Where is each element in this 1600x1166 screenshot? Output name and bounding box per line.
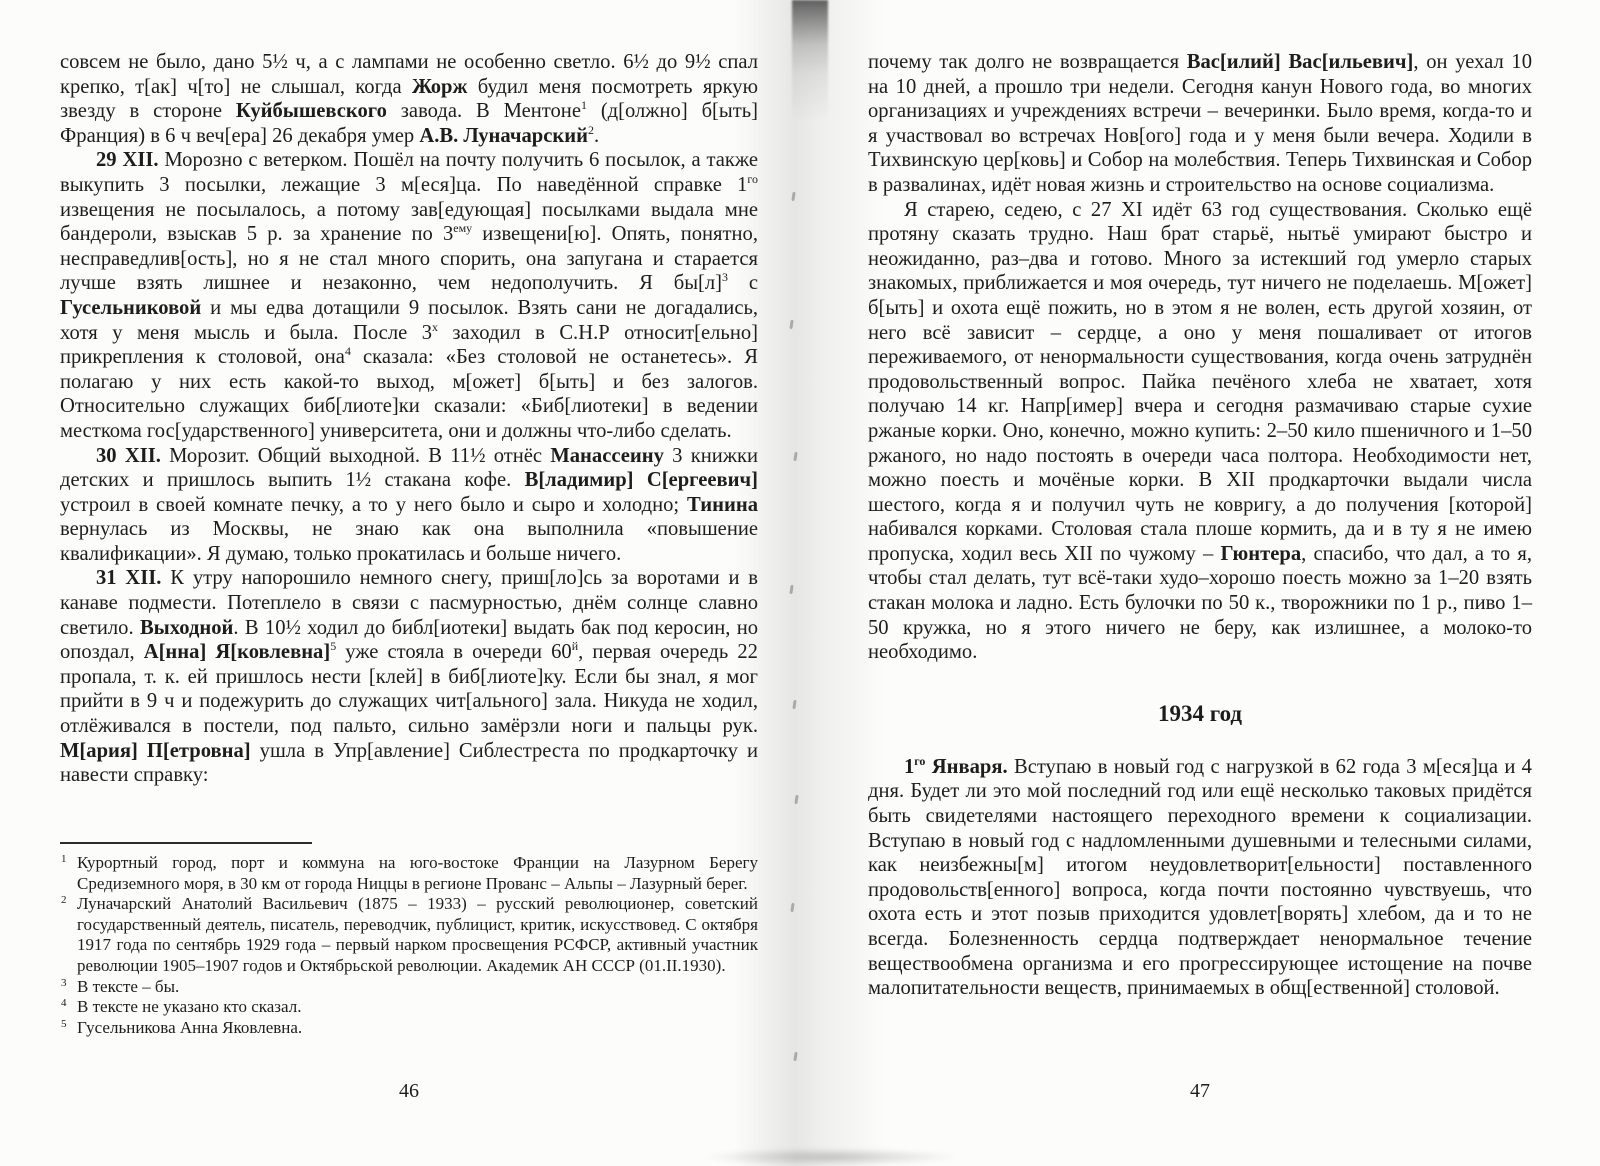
diary-paragraph-dec28-continuation: совсем не было, дано 5½ ч, а с лампами н… (60, 50, 758, 148)
binding-top-mark (792, 0, 828, 120)
diary-entry-31-dec: 31 XII. К утру напорошило немного снегу,… (60, 566, 758, 787)
scan-speck (789, 585, 793, 594)
footnote-text: Луначарский Анатолий Васильевич (1875 – … (77, 894, 758, 975)
footnote-marker: 3 (61, 978, 67, 989)
footnote-5: 5Гусельникова Анна Яковлевна. (60, 1018, 758, 1039)
footnote-rule (60, 842, 312, 844)
footnote-4: 4В тексте не указано кто сказал. (60, 997, 758, 1018)
footnote-marker: 5 (61, 1019, 67, 1030)
scan-speck (789, 320, 793, 329)
diary-entry-29-dec: 29 XII. Морозно с ветерком. Пошёл на поч… (60, 148, 758, 443)
scan-speck (792, 700, 796, 709)
scan-speck (791, 192, 795, 201)
footnote-area: 1Курортный город, порт и коммуна на юго-… (60, 842, 758, 1038)
footnote-marker: 4 (61, 998, 67, 1009)
footnote-text: В тексте не указано кто сказал. (77, 997, 301, 1016)
footnote-text: Курортный город, порт и коммуна на юго-в… (77, 853, 758, 893)
footnote-1: 1Курортный город, порт и коммуна на юго-… (60, 853, 758, 894)
footnote-3: 3В тексте – бы. (60, 977, 758, 998)
page-right: почему так долго не возвращается Вас[или… (868, 0, 1532, 1166)
scan-speck (793, 452, 797, 461)
footnote-marker: 1 (61, 854, 67, 865)
page-number-left: 46 (60, 1080, 758, 1103)
diary-entry-30-dec: 30 XII. Морозит. Общий выходной. В 11½ о… (60, 444, 758, 567)
footnote-text: Гусельникова Анна Яковлевна. (77, 1018, 302, 1037)
footnote-text: В тексте – бы. (77, 977, 179, 996)
diary-paragraph-dec31-continuation: почему так долго не возвращается Вас[или… (868, 50, 1532, 198)
page-number-right: 47 (868, 1080, 1532, 1103)
diary-paragraph-aging: Я старею, седею, с 27 XI идёт 63 год сущ… (868, 198, 1532, 665)
page-left: совсем не было, дано 5½ ч, а с лампами н… (60, 0, 758, 1166)
year-heading-1934: 1934 год (868, 701, 1532, 727)
scan-speck (790, 903, 794, 912)
page-left-body: совсем не было, дано 5½ ч, а с лампами н… (60, 50, 758, 788)
scan-speck (793, 1052, 797, 1061)
diary-entry-1-jan: 1го Января. Вступаю в новый год с нагруз… (868, 755, 1532, 1001)
scan-speck (794, 795, 798, 804)
page-right-body: почему так долго не возвращается Вас[или… (868, 50, 1532, 1001)
footnote-marker: 2 (61, 895, 67, 906)
footnote-2: 2Луначарский Анатолий Васильевич (1875 –… (60, 894, 758, 976)
